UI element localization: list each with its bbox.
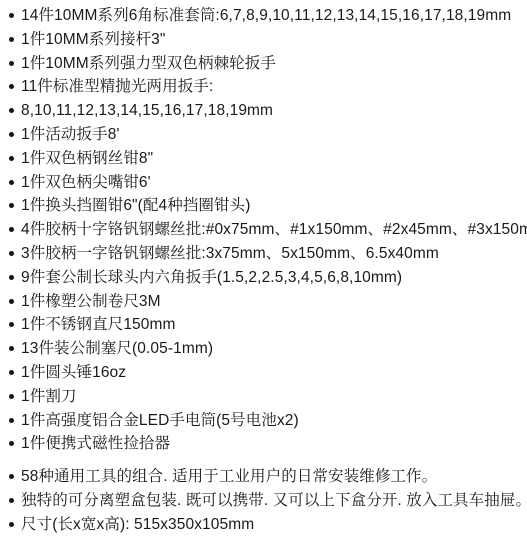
spec-list-item-text: 1件高强度铝合金LED手电筒(5号电池x2) bbox=[21, 409, 299, 433]
summary-list-item: 尺寸(长x宽x高): 515x350x105mm bbox=[9, 513, 527, 537]
bullet-icon bbox=[9, 61, 14, 66]
bullet-icon bbox=[9, 322, 14, 327]
bullet-icon bbox=[9, 346, 14, 351]
spec-list-item: 8,10,11,12,13,14,15,16,17,18,19mm bbox=[9, 99, 527, 123]
bullet-icon bbox=[9, 275, 14, 280]
spec-list-item-text: 1件双色柄尖嘴钳6' bbox=[21, 171, 151, 195]
bullet-icon bbox=[9, 203, 14, 208]
spec-list-item: 3件胶柄一字铬钒钢螺丝批:3x75mm、5x150mm、6.5x40mm bbox=[9, 242, 527, 266]
bullet-icon bbox=[9, 251, 14, 256]
spec-list-item: 1件活动扳手8' bbox=[9, 123, 527, 147]
spec-list-item: 1件10MM系列强力型双色柄棘轮扳手 bbox=[9, 52, 527, 76]
bullet-icon bbox=[9, 13, 14, 18]
bullet-icon bbox=[9, 84, 14, 89]
spec-list-item-text: 1件橡塑公制卷尺3M bbox=[21, 290, 161, 314]
spec-list-item: 1件橡塑公制卷尺3M bbox=[9, 290, 527, 314]
bullet-icon bbox=[9, 441, 14, 446]
spec-list-item-text: 1件10MM系列强力型双色柄棘轮扳手 bbox=[21, 52, 276, 76]
spec-list-item-text: 11件标准型精抛光两用扳手: bbox=[21, 75, 213, 99]
spec-list-item-text: 1件活动扳手8' bbox=[21, 123, 120, 147]
bullet-icon bbox=[9, 180, 14, 185]
spec-list-item: 1件换头挡圈钳6"(配4种挡圈钳头) bbox=[9, 194, 527, 218]
bullet-icon bbox=[9, 37, 14, 42]
spec-list-item: 1件10MM系列接杆3" bbox=[9, 28, 527, 52]
bullet-icon bbox=[9, 522, 14, 527]
bullet-icon bbox=[9, 370, 14, 375]
bullet-icon bbox=[9, 418, 14, 423]
spec-list-item: 1件圆头锤16oz bbox=[9, 361, 527, 385]
summary-list-item: 58种通用工具的组合. 适用于工业用户的日常安装维修工作。 bbox=[9, 465, 527, 489]
bullet-icon bbox=[9, 156, 14, 161]
summary-list-item-text: 独特的可分离塑盒包装. 既可以携带. 又可以上下盒分开. 放入工具车抽屉。 bbox=[21, 489, 527, 513]
bullet-icon bbox=[9, 299, 14, 304]
spec-list-item: 1件双色柄尖嘴钳6' bbox=[9, 171, 527, 195]
spec-list-item-text: 14件10MM系列6角标准套筒:6,7,8,9,10,11,12,13,14,1… bbox=[21, 4, 511, 28]
bullet-icon bbox=[9, 394, 14, 399]
spec-list-item: 9件套公制长球头内六角扳手(1.5,2,2.5,3,4,5,6,8,10mm) bbox=[9, 266, 527, 290]
spec-list-item-text: 4件胶柄十字铬钒钢螺丝批:#0x75mm、#1x150mm、#2x45mm、#3… bbox=[21, 218, 527, 242]
spec-list-item: 4件胶柄十字铬钒钢螺丝批:#0x75mm、#1x150mm、#2x45mm、#3… bbox=[9, 218, 527, 242]
spec-list-item-text: 8,10,11,12,13,14,15,16,17,18,19mm bbox=[21, 99, 273, 123]
spec-list-item-text: 1件10MM系列接杆3" bbox=[21, 28, 166, 52]
spec-list-item-text: 13件装公制塞尺(0.05-1mm) bbox=[21, 337, 213, 361]
bullet-icon bbox=[9, 108, 14, 113]
spec-list-item: 14件10MM系列6角标准套筒:6,7,8,9,10,11,12,13,14,1… bbox=[9, 4, 527, 28]
spec-list-item: 1件便携式磁性捡拾器 bbox=[9, 432, 527, 456]
spec-list-item-text: 1件换头挡圈钳6"(配4种挡圈钳头) bbox=[21, 194, 251, 218]
product-spec-page: { "page": { "background_color": "#ffffff… bbox=[0, 0, 527, 537]
bullet-icon bbox=[9, 498, 14, 503]
spec-list-item-text: 9件套公制长球头内六角扳手(1.5,2,2.5,3,4,5,6,8,10mm) bbox=[21, 266, 402, 290]
spec-list-item-text: 1件割刀 bbox=[21, 385, 77, 409]
spec-list-item-text: 1件双色柄钢丝钳8" bbox=[21, 147, 153, 171]
spec-list-item-text: 1件不锈钢直尺150mm bbox=[21, 313, 176, 337]
bullet-icon bbox=[9, 227, 14, 232]
spec-list-item: 1件高强度铝合金LED手电筒(5号电池x2) bbox=[9, 409, 527, 433]
summary-list: 58种通用工具的组合. 适用于工业用户的日常安装维修工作。 独特的可分离塑盒包装… bbox=[9, 465, 527, 536]
bullet-icon bbox=[9, 474, 14, 479]
summary-list-item-text: 58种通用工具的组合. 适用于工业用户的日常安装维修工作。 bbox=[21, 465, 437, 489]
bullet-icon bbox=[9, 132, 14, 137]
spec-list-item: 13件装公制塞尺(0.05-1mm) bbox=[9, 337, 527, 361]
spec-list-item-text: 1件圆头锤16oz bbox=[21, 361, 126, 385]
summary-list-item-text: 尺寸(长x宽x高): 515x350x105mm bbox=[21, 513, 254, 537]
spec-list-item: 1件不锈钢直尺150mm bbox=[9, 313, 527, 337]
spec-list-item-text: 1件便携式磁性捡拾器 bbox=[21, 432, 170, 456]
spec-list-item-text: 3件胶柄一字铬钒钢螺丝批:3x75mm、5x150mm、6.5x40mm bbox=[21, 242, 439, 266]
spec-list-item: 1件割刀 bbox=[9, 385, 527, 409]
spec-list: 14件10MM系列6角标准套筒:6,7,8,9,10,11,12,13,14,1… bbox=[9, 4, 527, 456]
spec-list-item: 11件标准型精抛光两用扳手: bbox=[9, 75, 527, 99]
summary-list-item: 独特的可分离塑盒包装. 既可以携带. 又可以上下盒分开. 放入工具车抽屉。 bbox=[9, 489, 527, 513]
spec-list-item: 1件双色柄钢丝钳8" bbox=[9, 147, 527, 171]
